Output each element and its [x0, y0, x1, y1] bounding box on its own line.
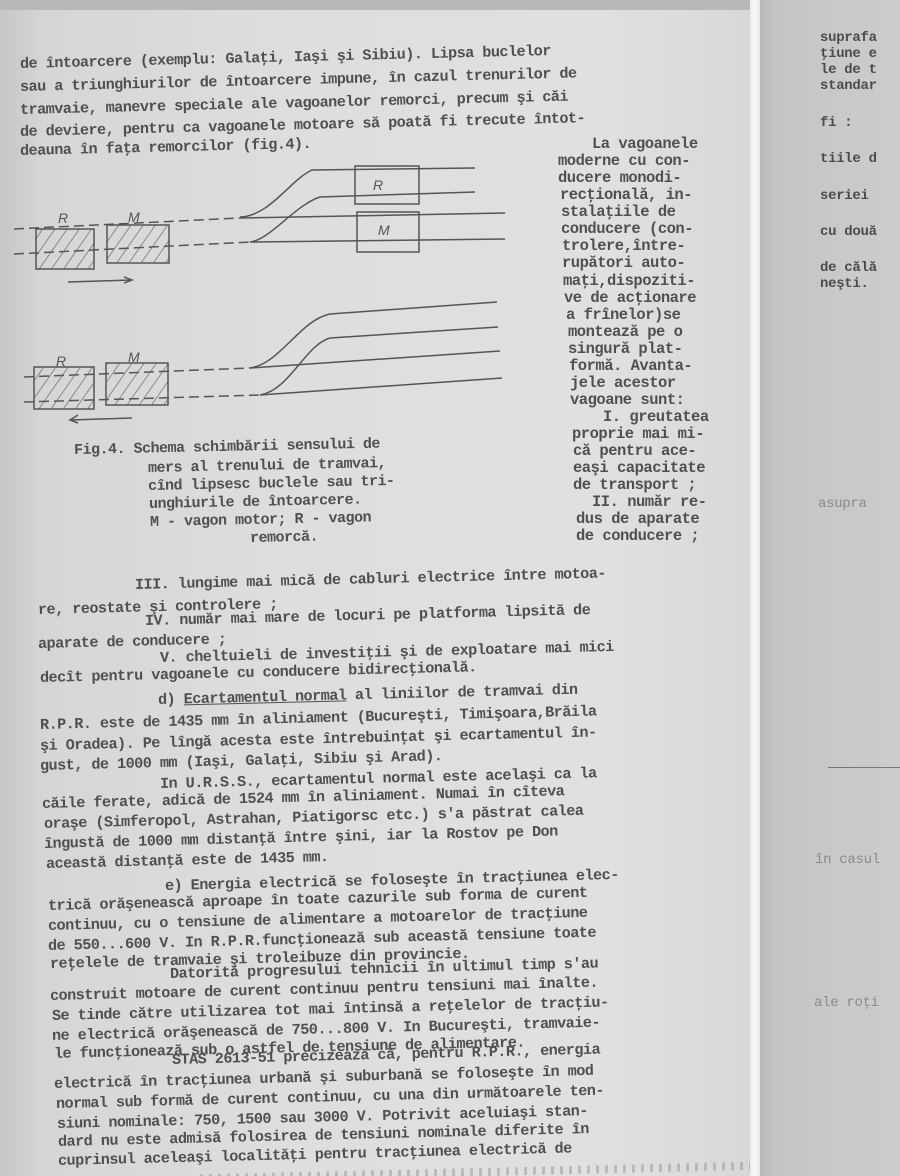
svg-text:R: R	[56, 353, 66, 369]
svg-text:R: R	[373, 177, 383, 193]
text-line: III. lungime mai mică de cabluri electri…	[135, 565, 606, 594]
caption-line: remorcă.	[250, 529, 318, 547]
fragment-text: le de t	[820, 62, 877, 78]
fragment-rule	[828, 767, 900, 768]
figure-4-diagram: R M R M R M	[0, 150, 540, 430]
text-line: I. greutatea	[603, 409, 709, 427]
text-line: vagoane sunt:	[570, 392, 684, 410]
svg-text:M: M	[128, 209, 140, 225]
fragment-text: în casul	[815, 852, 880, 868]
fragment-text: neşti.	[820, 276, 869, 292]
upper-track-scheme	[14, 166, 505, 283]
left-page: de întoarcere (exemplu: Galaţi, Iaşi şi …	[0, 10, 752, 1176]
text-line: moderne cu con-	[558, 153, 690, 171]
text-line: La vagoanele	[592, 136, 698, 154]
caption-line: M - vagon motor; R - vagon	[150, 509, 371, 531]
fragment-text: tiile d	[820, 151, 877, 167]
fragment-text: ale roţi	[814, 995, 879, 1011]
fragment-text: fi :	[820, 115, 852, 131]
text-line: ve de acţionare	[564, 290, 696, 308]
right-page-fragment: suprafa ţiune e le de t standar fi : tii…	[760, 0, 900, 1176]
fragment-text: cu două	[820, 224, 877, 240]
page-seam	[750, 0, 760, 1176]
text-line: conducere (con-	[561, 221, 693, 239]
text-line: de conducere ;	[576, 528, 699, 546]
text-line: dus de aparate	[576, 511, 699, 529]
text-line: că pentru ace-	[573, 443, 696, 461]
text-line: decît pentru vagoanele cu conducere bidi…	[40, 659, 477, 687]
text-line: proprie mai mi-	[572, 426, 704, 444]
fragment-text: seriei	[820, 188, 869, 204]
underlined-term: Ecartamentul normal	[183, 686, 346, 708]
fragment-text: asupra	[818, 496, 867, 512]
text-line: această distanţă este de 1435 mm.	[46, 849, 329, 873]
text-line: maţi,dispoziti-	[563, 273, 695, 291]
svg-text:M: M	[128, 349, 140, 365]
fragment-text: de călă	[820, 260, 877, 276]
scan-top-edge	[0, 0, 760, 10]
text-line: ducere monodi-	[558, 170, 681, 188]
text-line: de transport ;	[573, 477, 696, 495]
text-line: recţională, in-	[560, 187, 692, 205]
fragment-text: ţiune e	[820, 46, 877, 62]
text-line: eaşi capacitate	[573, 460, 705, 478]
text-line: montează pe o	[568, 324, 682, 342]
fragment-text: standar	[820, 78, 877, 94]
figure-labels: R M R M R M	[56, 177, 390, 369]
svg-text:M: M	[378, 222, 390, 238]
text-line: stalaţiile de	[561, 204, 675, 222]
text-line: trolere,între-	[562, 238, 685, 256]
text-line: jele acestor	[570, 375, 676, 393]
text-line: a frînelor)se	[566, 307, 680, 325]
text-line: rupători auto-	[562, 255, 685, 273]
lower-track-scheme	[24, 302, 502, 423]
text-line: singură plat-	[568, 341, 682, 359]
fragment-text: suprafa	[820, 30, 877, 46]
svg-text:R: R	[58, 210, 68, 226]
text-line: formă. Avanta-	[569, 358, 692, 376]
text-line: II. număr re-	[592, 494, 706, 512]
